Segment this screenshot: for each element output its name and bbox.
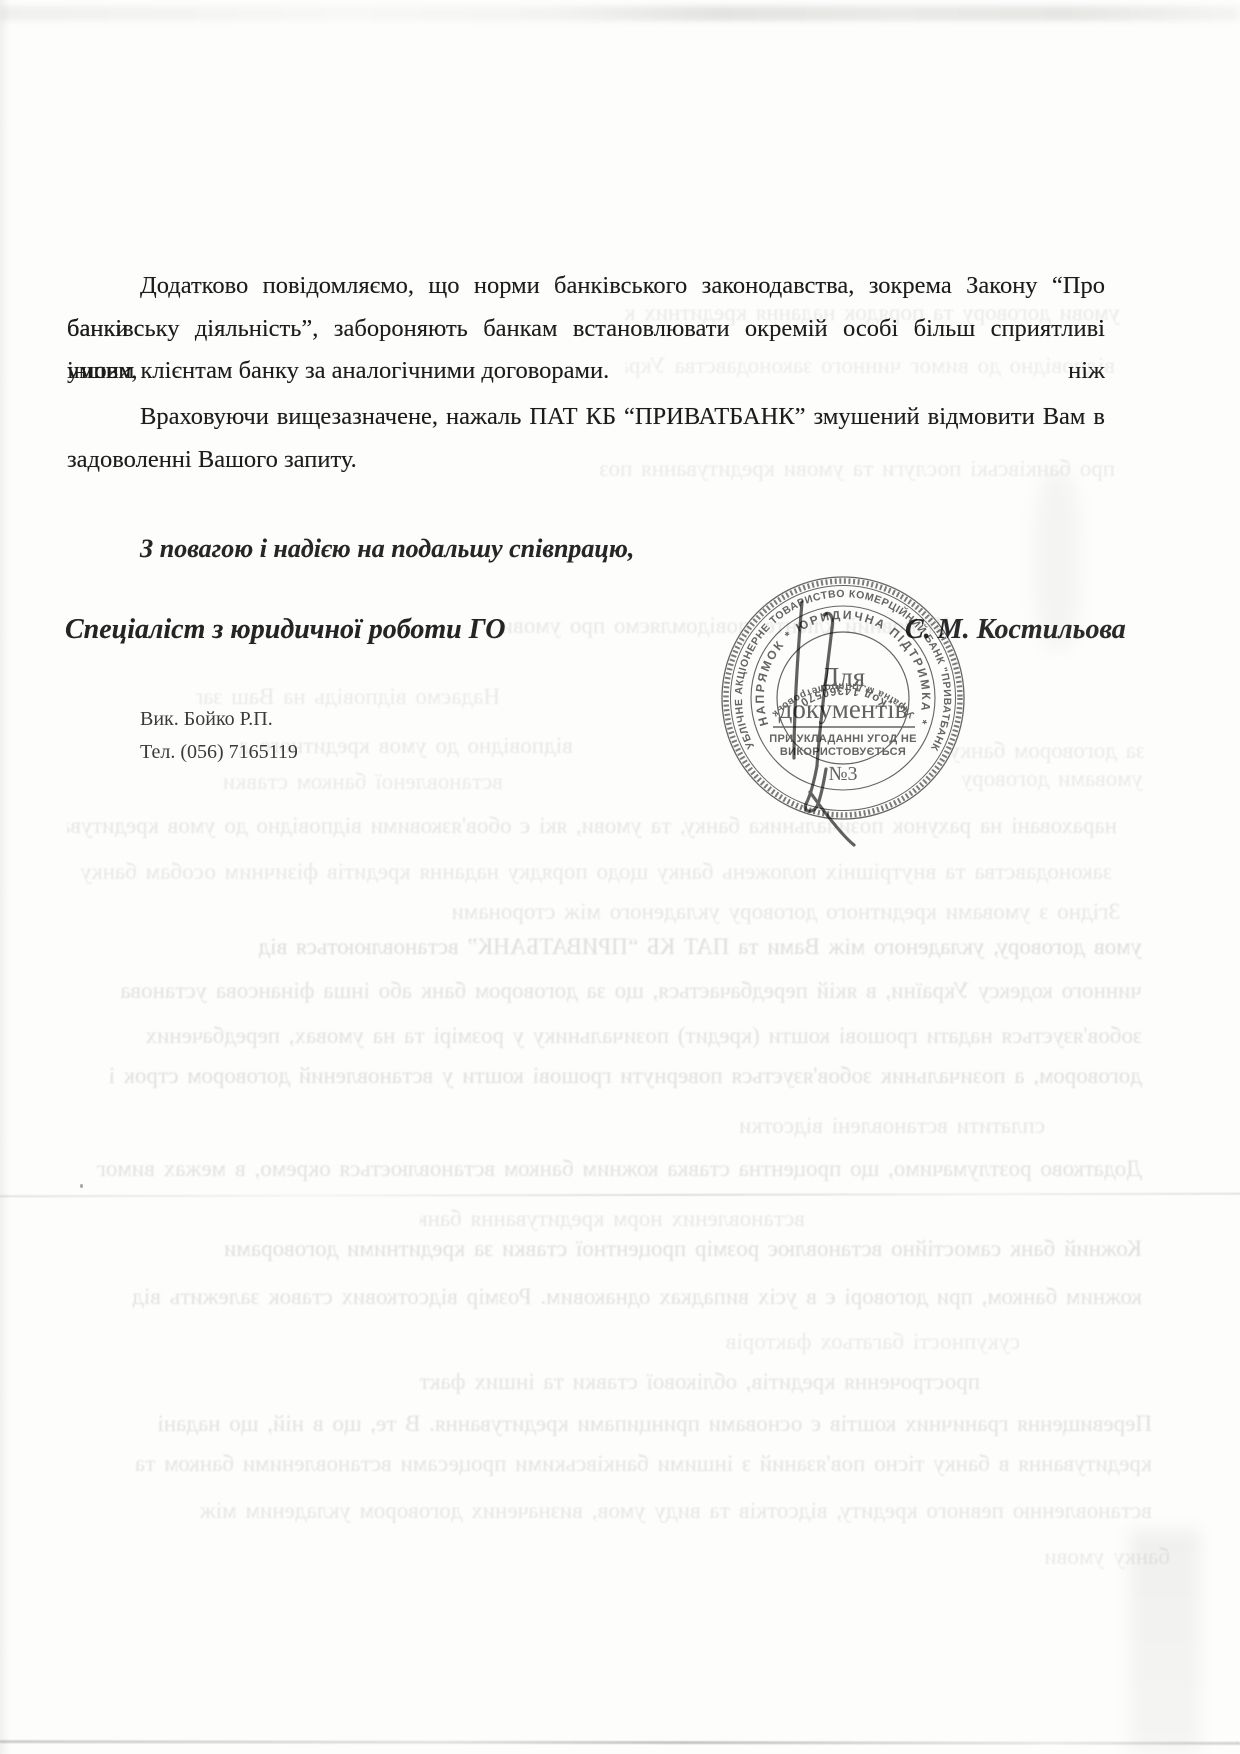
bleed-through-line: прострочення кредитів, облікової ставки … [420, 1368, 980, 1396]
paragraph-2-line-1: Враховуючи вищезазначене, нажаль ПАТ КБ … [67, 396, 1105, 439]
signature-hook [824, 613, 833, 628]
bleed-through-line: встановленої банком ставки [218, 768, 503, 796]
paragraph-1-line-2: банківську діяльність”, забороняють банк… [67, 308, 1105, 351]
bleed-through-line: сплатити встановлені відсотки [715, 1112, 1045, 1140]
bleed-through-line: умов договору, укладеного між Вами та ПА… [67, 933, 1142, 961]
bleed-through-line: Кожний банк самостійно встановлює розмір… [67, 1235, 1142, 1263]
scan-shadow-left [0, 0, 10, 1754]
bleed-through-line: за договором банку [950, 737, 1145, 765]
handwritten-signature [760, 558, 910, 858]
paragraph-2: Враховуючи вищезазначене, нажаль ПАТ КБ … [67, 396, 1105, 481]
signature-loop [805, 766, 826, 811]
bleed-through-line: зобов'язується надати грошові кошти (кре… [67, 1022, 1142, 1050]
ink-speck [80, 1184, 83, 1188]
bleed-through-line: сукупності багатьох факторів [540, 1328, 1020, 1356]
bleed-layer: умови договору та порядок надання кредит… [0, 0, 1240, 1754]
scan-shadow-top [0, 6, 1240, 21]
bleed-through-line: законодавства та внутрішніх положень бан… [67, 858, 1112, 886]
bleed-through-line: встановлених норм кредитування банку [420, 1205, 805, 1233]
bleed-through-line: встановленню певного кредиту, відсотків … [67, 1497, 1152, 1525]
paragraph-2-line-2: задоволенні Вашого запиту. [67, 439, 1105, 482]
executor-phone: Тел. (056) 7165119 [140, 736, 298, 769]
bleed-through-line: банку умови [1020, 1543, 1170, 1571]
paragraph-1-line-1: Додатково повідомляємо, що норми банківс… [67, 265, 1105, 308]
scan-smudge-bottom-right [1130, 1530, 1200, 1754]
bleed-through-line: Додатково розтлумачимо, що процентна ста… [67, 1155, 1142, 1183]
bleed-through-line: кредитування в банку тісно пов'язаний з … [67, 1450, 1152, 1478]
bleed-through-line: Перевищення граничних коштів є основами … [67, 1410, 1152, 1438]
signature-stroke-2 [817, 628, 832, 766]
signature-tail [810, 792, 854, 845]
bleed-through-line: кожним банком, при договорі є в усіх вип… [67, 1283, 1142, 1311]
signer-job-title: Спеціаліст з юридичної роботи ГО [65, 614, 506, 646]
closing-phrase: З повагою і надією на подальшу співпрацю… [140, 534, 634, 564]
signature-stroke-1 [794, 602, 802, 758]
bleed-through-line: умовами договору [958, 765, 1143, 793]
executor-block: Вик. Бойко Р.П. Тел. (056) 7165119 [140, 703, 298, 769]
paper-crease-bottom [0, 1740, 1240, 1745]
scanned-letter-page: умови договору та порядок надання кредит… [0, 0, 1240, 1754]
paper-crease-middle [0, 1193, 1240, 1198]
paragraph-1: Додатково повідомляємо, що норми банківс… [67, 265, 1105, 393]
executor-name: Вик. Бойко Р.П. [140, 703, 298, 736]
bleed-through-line: Згідно з умовами кредитного договору укл… [352, 898, 1120, 926]
bleed-through-line: договором, а позичальник зобов'язується … [67, 1062, 1142, 1090]
bleed-through-line: чинного кодексу України, в якій передбач… [67, 977, 1142, 1005]
